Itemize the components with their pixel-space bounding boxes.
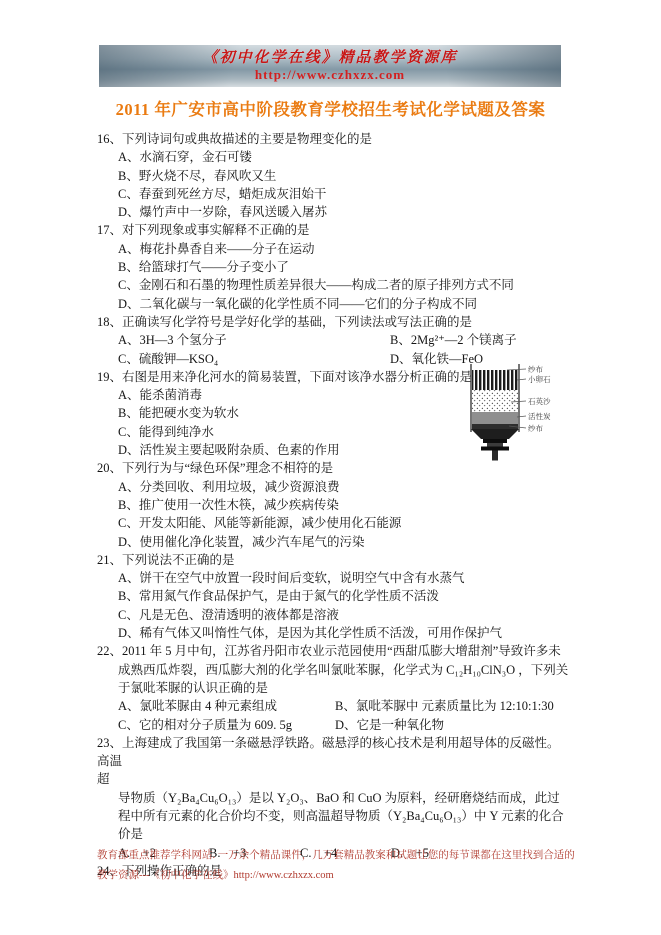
question-17-option-b: B、给篮球打气——分子变小了	[97, 258, 571, 276]
question-17-stem: 17、对下列现象或事实解释不正确的是	[97, 221, 571, 239]
question-17: 17、对下列现象或事实解释不正确的是 A、梅花扑鼻香自来——分子在运动 B、给篮…	[97, 221, 571, 312]
question-18-option-a: A、3H—3 个氢分子	[118, 331, 390, 349]
figure-label-quartz-sand: 石英沙	[528, 396, 551, 406]
exam-document-page: 《初中化学在线》精品教学资源库 http://www.czhxzx.com 20…	[0, 0, 661, 935]
question-18-option-b: B、2Mg²⁺—2 个镁离子	[390, 331, 571, 349]
question-18: 18、正确读写化学符号是学好化学的基础，下列读法或写法正确的是 A、3H—3 个…	[97, 313, 571, 368]
question-23-stem-line3: 导物质（Y₂Ba₄Cu₆O₁₃）是以 Y₂O₃、BaO 和 CuO 为原料，经研…	[97, 789, 571, 844]
figure-label-gauze-bottom: 纱布	[528, 423, 543, 433]
question-20-option-b: B、推广使用一次性木筷，减少疾病传染	[97, 496, 571, 514]
question-23-stem-line1: 23、上海建成了我国第一条磁悬浮铁路。磁悬浮的核心技术是利用超导体的反磁性。高温	[97, 734, 571, 771]
question-17-option-c: C、金刚石和石墨的物理性质差异很大——构成二者的原子排列方式不同	[97, 276, 571, 294]
footer-line1: 教育部重点推荐学科网站. 一万余个精品课件，几万套精品教案和试题让您的每节课都在…	[97, 846, 579, 866]
question-22-option-b: B、氯吡苯脲中 元素质量比为 12:10:1:30	[335, 697, 571, 715]
question-16-option-a: A、水滴石穿，金石可镂	[97, 148, 571, 166]
question-20-option-a: A、分类回收、利用垃圾，减少资源浪费	[97, 478, 571, 496]
question-21-option-d: D、稀有气体又叫惰性气体，是因为其化学性质不活泼，可用作保护气	[97, 624, 571, 642]
question-18-stem: 18、正确读写化学符号是学好化学的基础，下列读法或写法正确的是	[97, 313, 571, 331]
question-16-option-c: C、春蚕到死丝方尽，蜡炬成灰泪始干	[97, 185, 571, 203]
question-22-option-c: C、它的相对分子质量为 609. 5g	[118, 716, 335, 734]
footer-line2-text: 教学资源---《初中化学在线》	[97, 870, 234, 881]
question-20-option-d: D、使用催化净化装置，减少汽车尾气的污染	[97, 533, 571, 551]
figure-label-carbon: 活性炭	[528, 411, 551, 421]
question-23: 23、上海建成了我国第一条磁悬浮铁路。磁悬浮的核心技术是利用超导体的反磁性。高温…	[97, 734, 571, 862]
question-23-stem-line2: 超	[97, 770, 571, 788]
question-18-option-c: C、硫酸钾—KSO₄	[118, 350, 390, 368]
question-17-option-d: D、二氧化碳与一氧化碳的化学性质不同——它们的分子构成不同	[97, 295, 571, 313]
site-footer: 教育部重点推荐学科网站. 一万余个精品课件，几万套精品教案和试题让您的每节课都在…	[97, 846, 579, 886]
site-banner: 《初中化学在线》精品教学资源库 http://www.czhxzx.com	[99, 45, 561, 87]
question-21-stem: 21、下列说法不正确的是	[97, 551, 571, 569]
question-16-option-b: B、野火烧不尽，春风吹又生	[97, 167, 571, 185]
question-19: 19、右图是用来净化河水的简易装置，下面对该净水器分析正确的是 A、能杀菌消毒 …	[97, 368, 571, 459]
footer-url-link[interactable]: http://www.czhxzx.com	[234, 870, 334, 881]
question-22-option-a: A、氯吡苯脲由 4 种元素组成	[118, 697, 335, 715]
site-banner-url-link[interactable]: http://www.czhxzx.com	[255, 67, 405, 82]
figure-label-gauze-top: 纱布	[528, 364, 543, 374]
question-20: 20、下列行为与“绿色环保”理念不相符的是 A、分类回收、利用垃圾，减少资源浪费…	[97, 459, 571, 550]
page-title: 2011 年广安市高中阶段教育学校招生考试化学试题及答案	[0, 96, 661, 120]
question-21-option-b: B、常用氮气作食品保护气，是由于氮气的化学性质不活泼	[97, 587, 571, 605]
question-21-option-a: A、饼干在空气中放置一段时间后变软，说明空气中含有水蒸气	[97, 569, 571, 587]
question-17-option-a: A、梅花扑鼻香自来——分子在运动	[97, 240, 571, 258]
question-22-stem: 22、2011 年 5 月中旬，江苏省丹阳市农业示范园使用“西甜瓜膨大增甜剂”导…	[97, 642, 571, 697]
question-20-stem: 20、下列行为与“绿色环保”理念不相符的是	[97, 459, 571, 477]
water-purifier-diagram: 纱布 小卵石 石英沙 活性炭 纱布	[451, 362, 565, 462]
question-22: 22、2011 年 5 月中旬，江苏省丹阳市农业示范园使用“西甜瓜膨大增甜剂”导…	[97, 642, 571, 733]
question-22-option-d: D、它是一种氧化物	[335, 716, 571, 734]
question-16: 16、下列诗词句或典故描述的主要是物理变化的是 A、水滴石穿，金石可镂 B、野火…	[97, 130, 571, 221]
pebble-layer	[472, 370, 518, 390]
water-purifier-figure: 纱布 小卵石 石英沙 活性炭 纱布	[451, 362, 565, 462]
figure-label-pebbles: 小卵石	[528, 374, 551, 384]
question-21-option-c: C、凡是无色、澄清透明的液体都是溶液	[97, 606, 571, 624]
activated-carbon-layer	[472, 412, 518, 424]
site-banner-title: 《初中化学在线》精品教学资源库	[202, 50, 457, 67]
footer-line2: 教学资源---《初中化学在线》http://www.czhxzx.com	[97, 866, 579, 886]
question-16-stem: 16、下列诗词句或典故描述的主要是物理变化的是	[97, 130, 571, 148]
question-20-option-c: C、开发太阳能、风能等新能源，减少使用化石能源	[97, 514, 571, 532]
question-21: 21、下列说法不正确的是 A、饼干在空气中放置一段时间后变软，说明空气中含有水蒸…	[97, 551, 571, 642]
question-list: 16、下列诗词句或典故描述的主要是物理变化的是 A、水滴石穿，金石可镂 B、野火…	[97, 130, 571, 880]
quartz-sand-layer	[472, 390, 518, 412]
question-16-option-d: D、爆竹声中一岁除，春风送暖入屠苏	[97, 203, 571, 221]
